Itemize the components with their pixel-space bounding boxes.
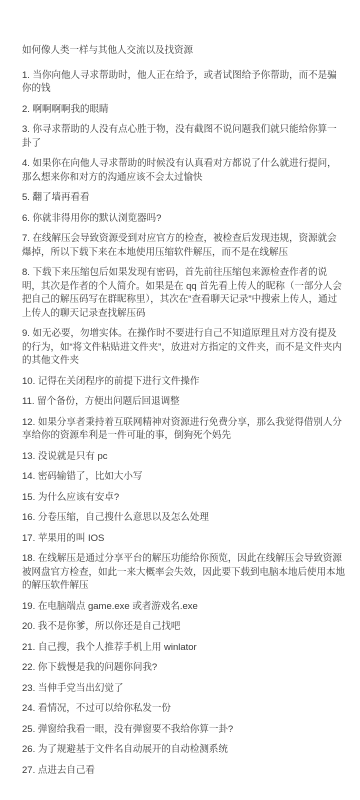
list-item: 7. 在线解压会导致资源受到对应官方的检查，被检查后发现违规，资源就会爆掉，所以…	[22, 232, 346, 259]
list-item: 3. 你寻求帮助的人没有点心胜于物，没有截图不说问题我们就只能给你算一卦了	[22, 123, 346, 150]
list-item: 19. 在电脑端点 game.exe 或者游戏名.exe	[22, 600, 346, 614]
list-item: 27. 点进去自己看	[22, 764, 346, 778]
list-item: 24. 看情况，不过可以给你私发一份	[22, 702, 346, 716]
list-item: 14. 密码输错了，比如大小写	[22, 470, 346, 484]
list-item: 8. 下载下来压缩包后如果发现有密码，首先前往压缩包来源检查作者的说明，其次是作…	[22, 266, 346, 320]
list-item: 1. 当你向他人寻求帮助时，他人正在给予，或者试图给予你帮助，而不是骗你的钱	[22, 69, 346, 96]
list-item: 15. 为什么应该有安卓?	[22, 491, 346, 505]
list-item: 25. 弹窗给我看一眼，没有弹窗要不我给你算一卦?	[22, 723, 346, 737]
list-item: 5. 翻了墙再看看	[22, 191, 346, 205]
list-item: 10. 记得在关闭程序的前提下进行文件操作	[22, 375, 346, 389]
list-item: 21. 自己搜，我个人推荐手机上用 winlator	[22, 641, 346, 655]
list-item: 6. 你就非得用你的默认浏览器吗?	[22, 212, 346, 226]
list-item: 13. 没说就是只有 pc	[22, 450, 346, 464]
list-item: 18. 在线解压是通过分享平台的解压功能给你预览，因此在线解压会导致资源被网盘官…	[22, 552, 346, 593]
list-item: 20. 我不是你爹，所以你还是自己找吧	[22, 620, 346, 634]
list-item: 22. 你下载慢是我的问题你问我?	[22, 661, 346, 675]
list-item: 23. 当伸手党当出幻觉了	[22, 682, 346, 696]
list-item: 17. 苹果用的叫 IOS	[22, 532, 346, 546]
list-item: 16. 分卷压缩，自己搜什么意思以及怎么处理	[22, 511, 346, 525]
list-item: 12. 如果分享者秉持着互联网精神对资源进行免费分享，那么我觉得借别人分享给你的…	[22, 416, 346, 443]
list-item: 2. 啊啊啊啊我的眼睛	[22, 103, 346, 117]
page-title: 如何像人类一样与其他人交流以及找资源	[22, 44, 346, 58]
document-scroll-area[interactable]: 如何像人类一样与其他人交流以及找资源 1. 当你向他人寻求帮助时，他人正在给予，…	[0, 0, 360, 800]
list-item: 11. 留个备份，方便出问题后回退调整	[22, 395, 346, 409]
list-item: 9. 如无必要，勿增实体。在操作时不要进行自己不知道原理且对方没有提及的行为，如…	[22, 327, 346, 368]
list-item: 4. 如果你在向他人寻求帮助的时候没有认真看对方都说了什么就进行提问，那么想来你…	[22, 157, 346, 184]
list-item: 26. 为了规避基于文件名自动展开的自动检测系统	[22, 743, 346, 757]
